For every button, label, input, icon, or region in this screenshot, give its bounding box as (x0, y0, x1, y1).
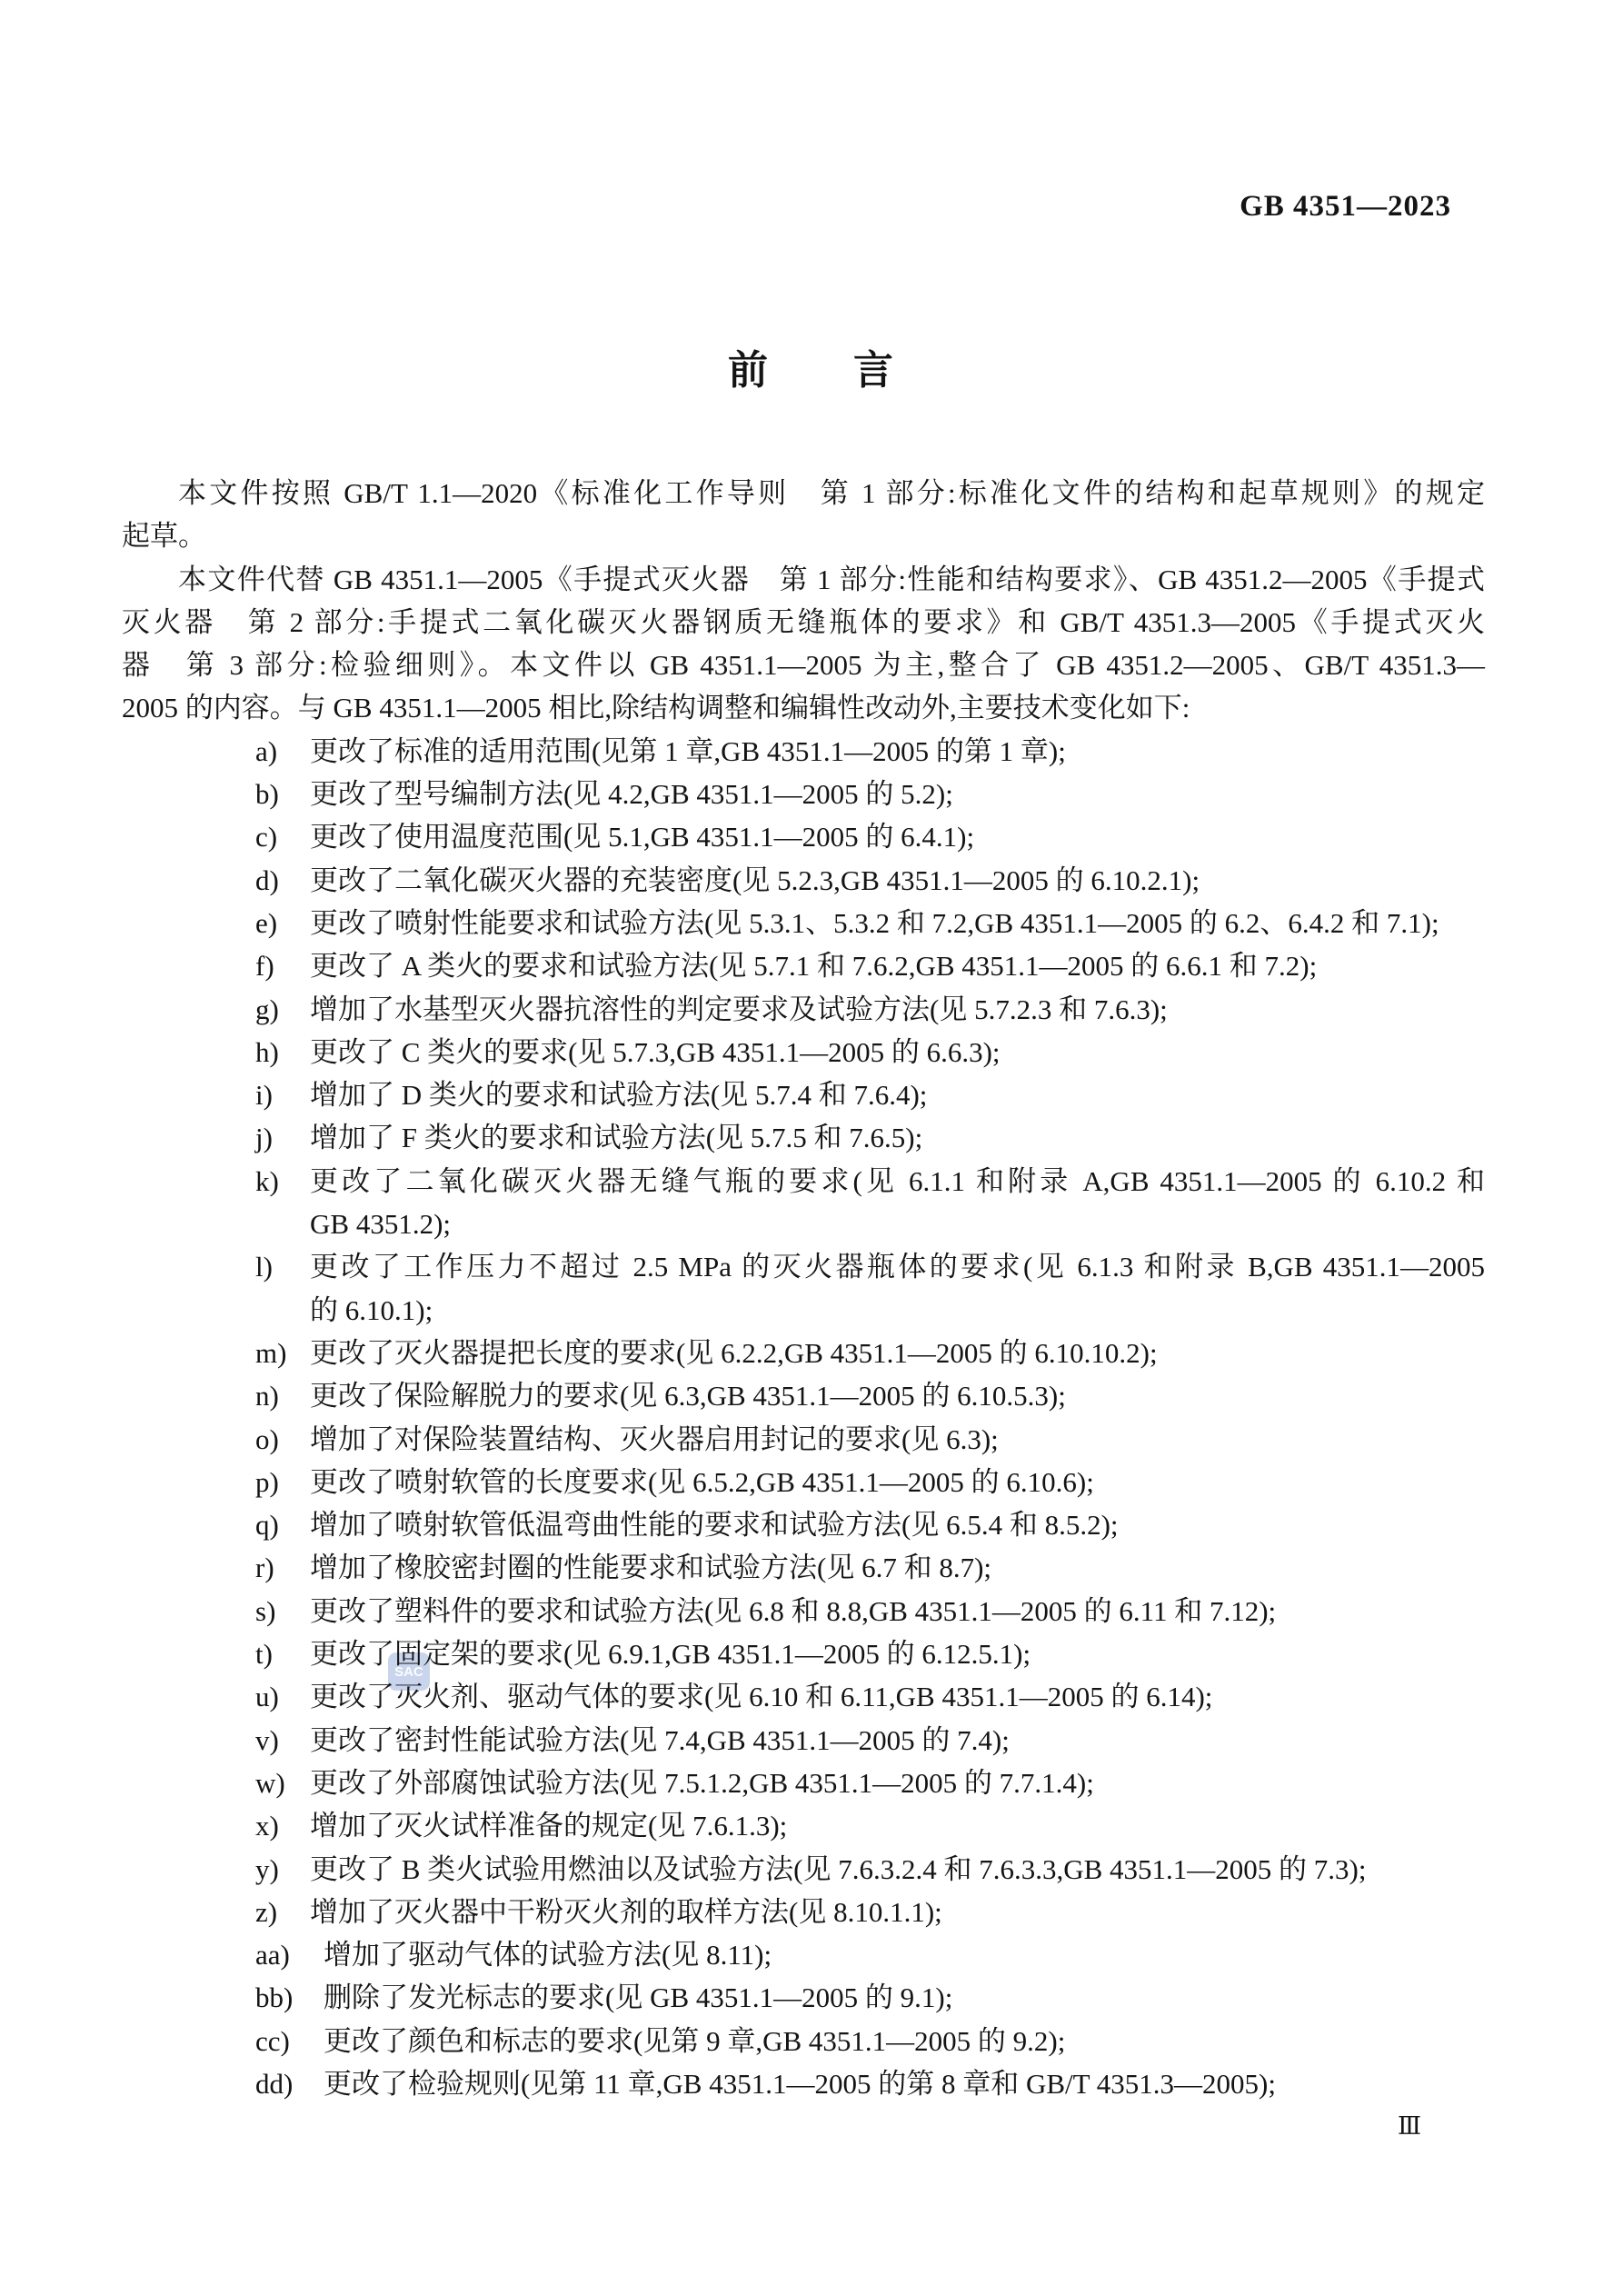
list-item: c) 更改了使用温度范围(见 5.1,GB 4351.1—2005 的 6.4.… (122, 815, 1485, 858)
paragraph-line: 器 第 3 部分:检验细则》。本文件以 GB 4351.1—2005 为主,整合… (122, 644, 1485, 686)
list-item-text: 增加了驱动气体的试验方法(见 8.11); (324, 1933, 1485, 1976)
list-item-text: 增加了灭火器中干粉灭火剂的取样方法(见 8.10.1.1); (310, 1891, 1485, 1933)
list-item: d) 更改了二氧化碳灭火器的充装密度(见 5.2.3,GB 4351.1—200… (122, 859, 1485, 902)
list-item: i) 增加了 D 类火的要求和试验方法(见 5.7.4 和 7.6.4); (122, 1073, 1485, 1116)
list-item-text: 更改了检验规则(见第 11 章,GB 4351.1—2005 的第 8 章和 G… (324, 2062, 1485, 2105)
paragraph-line: 起草。 (122, 514, 1485, 557)
paragraph: 本文件按照 GB/T 1.1—2020《标准化工作导则 第 1 部分:标准化文件… (122, 472, 1485, 558)
list-item: e) 更改了喷射性能要求和试验方法(见 5.3.1、5.3.2 和 7.2,GB… (122, 902, 1485, 944)
list-item-text: 更改了 B 类火试验用燃油以及试验方法(见 7.6.3.2.4 和 7.6.3.… (310, 1848, 1485, 1891)
list-item-label: z) (255, 1891, 277, 1933)
list-item-text: GB 4351.2); (310, 1203, 1485, 1245)
list-item-label: aa) (255, 1933, 290, 1976)
list-item-text: 更改了颜色和标志的要求(见第 9 章,GB 4351.1—2005 的 9.2)… (324, 2020, 1485, 2062)
document-page: SAC GB 4351—2023 前 言 本文件按照 GB/T 1.1—2020… (0, 0, 1623, 2296)
list-item-label: j) (255, 1116, 273, 1159)
list-item: n) 更改了保险解脱力的要求(见 6.3,GB 4351.1—2005 的 6.… (122, 1374, 1485, 1417)
list-item: o) 增加了对保险装置结构、灭火器启用封记的要求(见 6.3); (122, 1418, 1485, 1461)
paragraph: 本文件代替 GB 4351.1—2005《手提式灭火器 第 1 部分:性能和结构… (122, 558, 1485, 730)
list-item-label: v) (255, 1719, 279, 1762)
list-item-text: 增加了灭火试样准备的规定(见 7.6.1.3); (310, 1804, 1485, 1847)
list-item-label: l) (255, 1245, 273, 1288)
list-item-text: 增加了 D 类火的要求和试验方法(见 5.7.4 和 7.6.4); (310, 1073, 1485, 1116)
list-item: y) 更改了 B 类火试验用燃油以及试验方法(见 7.6.3.2.4 和 7.6… (122, 1848, 1485, 1891)
standard-number: GB 4351—2023 (1240, 190, 1451, 224)
list-item-label: a) (255, 730, 277, 773)
list-item: v) 更改了密封性能试验方法(见 7.4,GB 4351.1—2005 的 7.… (122, 1719, 1485, 1762)
paragraph-line: 本文件代替 GB 4351.1—2005《手提式灭火器 第 1 部分:性能和结构… (122, 558, 1485, 601)
list-item: x) 增加了灭火试样准备的规定(见 7.6.1.3); (122, 1804, 1485, 1847)
list-item-text: 增加了橡胶密封圈的性能要求和试验方法(见 6.7 和 8.7); (310, 1546, 1485, 1589)
list-item-text: 更改了外部腐蚀试验方法(见 7.5.1.2,GB 4351.1—2005 的 7… (310, 1762, 1485, 1804)
list-item-text: 增加了对保险装置结构、灭火器启用封记的要求(见 6.3); (310, 1418, 1485, 1461)
list-item: m) 更改了灭火器提把长度的要求(见 6.2.2,GB 4351.1—2005 … (122, 1332, 1485, 1374)
list-item-label: x) (255, 1804, 279, 1847)
list-item: a) 更改了标准的适用范围(见第 1 章,GB 4351.1—2005 的第 1… (122, 730, 1485, 773)
list-item-label: p) (255, 1461, 279, 1503)
list-item: h) 更改了 C 类火的要求(见 5.7.3,GB 4351.1—2005 的 … (122, 1031, 1485, 1073)
list-item-text: 更改了 C 类火的要求(见 5.7.3,GB 4351.1—2005 的 6.6… (310, 1031, 1485, 1073)
list-item-label: f) (255, 944, 274, 987)
list-item-label: cc) (255, 2020, 290, 2062)
list-item: l) 更改了工作压力不超过 2.5 MPa 的灭火器瓶体的要求(见 6.1.3 … (122, 1245, 1485, 1332)
paragraph-line: 2005 的内容。与 GB 4351.1—2005 相比,除结构调整和编辑性改动… (122, 686, 1485, 729)
list-item-text: 更改了使用温度范围(见 5.1,GB 4351.1—2005 的 6.4.1); (310, 815, 1485, 858)
list-item-label: h) (255, 1031, 279, 1073)
list-item-text: 删除了发光标志的要求(见 GB 4351.1—2005 的 9.1); (324, 1976, 1485, 2019)
list-item-text: 更改了型号编制方法(见 4.2,GB 4351.1—2005 的 5.2); (310, 773, 1485, 815)
list-item-label: dd) (255, 2062, 293, 2105)
list-item-label: r) (255, 1546, 274, 1589)
list-item-text: 更改了灭火剂、驱动气体的要求(见 6.10 和 6.11,GB 4351.1—2… (310, 1675, 1485, 1718)
list-item-label: c) (255, 815, 277, 858)
list-item-text: 更改了喷射性能要求和试验方法(见 5.3.1、5.3.2 和 7.2,GB 43… (310, 902, 1485, 944)
list-item-label: u) (255, 1675, 279, 1718)
list-item: k) 更改了二氧化碳灭火器无缝气瓶的要求(见 6.1.1 和附录 A,GB 43… (122, 1160, 1485, 1246)
list-item-text: 更改了灭火器提把长度的要求(见 6.2.2,GB 4351.1—2005 的 6… (310, 1332, 1485, 1374)
list-item-text: 的 6.10.1); (310, 1289, 1485, 1332)
list-item-label: w) (255, 1762, 285, 1804)
list-item: dd) 更改了检验规则(见第 11 章,GB 4351.1—2005 的第 8 … (122, 2062, 1485, 2105)
list-item-label: k) (255, 1160, 279, 1203)
list-item: bb) 删除了发光标志的要求(见 GB 4351.1—2005 的 9.1); (122, 1976, 1485, 2019)
paragraph-line: 本文件按照 GB/T 1.1—2020《标准化工作导则 第 1 部分:标准化文件… (122, 472, 1485, 514)
list-item: g) 增加了水基型灭火器抗溶性的判定要求及试验方法(见 5.7.2.3 和 7.… (122, 988, 1485, 1031)
list-item-text: 更改了保险解脱力的要求(见 6.3,GB 4351.1—2005 的 6.10.… (310, 1374, 1485, 1417)
list-item: w) 更改了外部腐蚀试验方法(见 7.5.1.2,GB 4351.1—2005 … (122, 1762, 1485, 1804)
list-item-text: 更改了 A 类火的要求和试验方法(见 5.7.1 和 7.6.2,GB 4351… (310, 944, 1485, 987)
foreword-body: 本文件按照 GB/T 1.1—2020《标准化工作导则 第 1 部分:标准化文件… (122, 472, 1485, 2105)
list-item-label: s) (255, 1590, 275, 1632)
list-item: u) 更改了灭火剂、驱动气体的要求(见 6.10 和 6.11,GB 4351.… (122, 1675, 1485, 1718)
list-item-text: 更改了标准的适用范围(见第 1 章,GB 4351.1—2005 的第 1 章)… (310, 730, 1485, 773)
list-item-label: q) (255, 1503, 279, 1546)
list-item-text: 增加了水基型灭火器抗溶性的判定要求及试验方法(见 5.7.2.3 和 7.6.3… (310, 988, 1485, 1031)
list-item: q) 增加了喷射软管低温弯曲性能的要求和试验方法(见 6.5.4 和 8.5.2… (122, 1503, 1485, 1546)
list-item-text: 更改了工作压力不超过 2.5 MPa 的灭火器瓶体的要求(见 6.1.3 和附录… (310, 1245, 1485, 1288)
list-item: z) 增加了灭火器中干粉灭火剂的取样方法(见 8.10.1.1); (122, 1891, 1485, 1933)
list-item-label: g) (255, 988, 279, 1031)
list-item: b) 更改了型号编制方法(见 4.2,GB 4351.1—2005 的 5.2)… (122, 773, 1485, 815)
list-item-label: b) (255, 773, 279, 815)
list-item: cc) 更改了颜色和标志的要求(见第 9 章,GB 4351.1—2005 的 … (122, 2020, 1485, 2062)
page-title: 前 言 (0, 337, 1623, 395)
list-item-label: o) (255, 1418, 279, 1461)
paragraph-line: 灭火器 第 2 部分:手提式二氧化碳灭火器钢质无缝瓶体的要求》和 GB/T 43… (122, 601, 1485, 644)
list-item: aa) 增加了驱动气体的试验方法(见 8.11); (122, 1933, 1485, 1976)
list-item: p) 更改了喷射软管的长度要求(见 6.5.2,GB 4351.1—2005 的… (122, 1461, 1485, 1503)
list-item: j) 增加了 F 类火的要求和试验方法(见 5.7.5 和 7.6.5); (122, 1116, 1485, 1159)
list-item-text: 增加了 F 类火的要求和试验方法(见 5.7.5 和 7.6.5); (310, 1116, 1485, 1159)
list-item-text: 更改了塑料件的要求和试验方法(见 6.8 和 8.8,GB 4351.1—200… (310, 1590, 1485, 1632)
list-item: s) 更改了塑料件的要求和试验方法(见 6.8 和 8.8,GB 4351.1—… (122, 1590, 1485, 1632)
list-item-text: 增加了喷射软管低温弯曲性能的要求和试验方法(见 6.5.4 和 8.5.2); (310, 1503, 1485, 1546)
list-item-label: bb) (255, 1976, 293, 2019)
list-item-label: t) (255, 1632, 273, 1675)
list-item-text: 更改了二氧化碳灭火器无缝气瓶的要求(见 6.1.1 和附录 A,GB 4351.… (310, 1160, 1485, 1203)
list-item-label: d) (255, 859, 279, 902)
list-item: r) 增加了橡胶密封圈的性能要求和试验方法(见 6.7 和 8.7); (122, 1546, 1485, 1589)
page-number: Ⅲ (1398, 2112, 1421, 2141)
list-item: f) 更改了 A 类火的要求和试验方法(见 5.7.1 和 7.6.2,GB 4… (122, 944, 1485, 987)
list-item-label: e) (255, 902, 277, 944)
list-item-label: i) (255, 1073, 273, 1116)
list-item-label: m) (255, 1332, 286, 1374)
list-item-text: 更改了二氧化碳灭火器的充装密度(见 5.2.3,GB 4351.1—2005 的… (310, 859, 1485, 902)
list-item-text: 更改了喷射软管的长度要求(见 6.5.2,GB 4351.1—2005 的 6.… (310, 1461, 1485, 1503)
list-item: t) 更改了固定架的要求(见 6.9.1,GB 4351.1—2005 的 6.… (122, 1632, 1485, 1675)
list-item-text: 更改了固定架的要求(见 6.9.1,GB 4351.1—2005 的 6.12.… (310, 1632, 1485, 1675)
list-item-text: 更改了密封性能试验方法(见 7.4,GB 4351.1—2005 的 7.4); (310, 1719, 1485, 1762)
list-item-label: n) (255, 1374, 279, 1417)
list-item-label: y) (255, 1848, 279, 1891)
